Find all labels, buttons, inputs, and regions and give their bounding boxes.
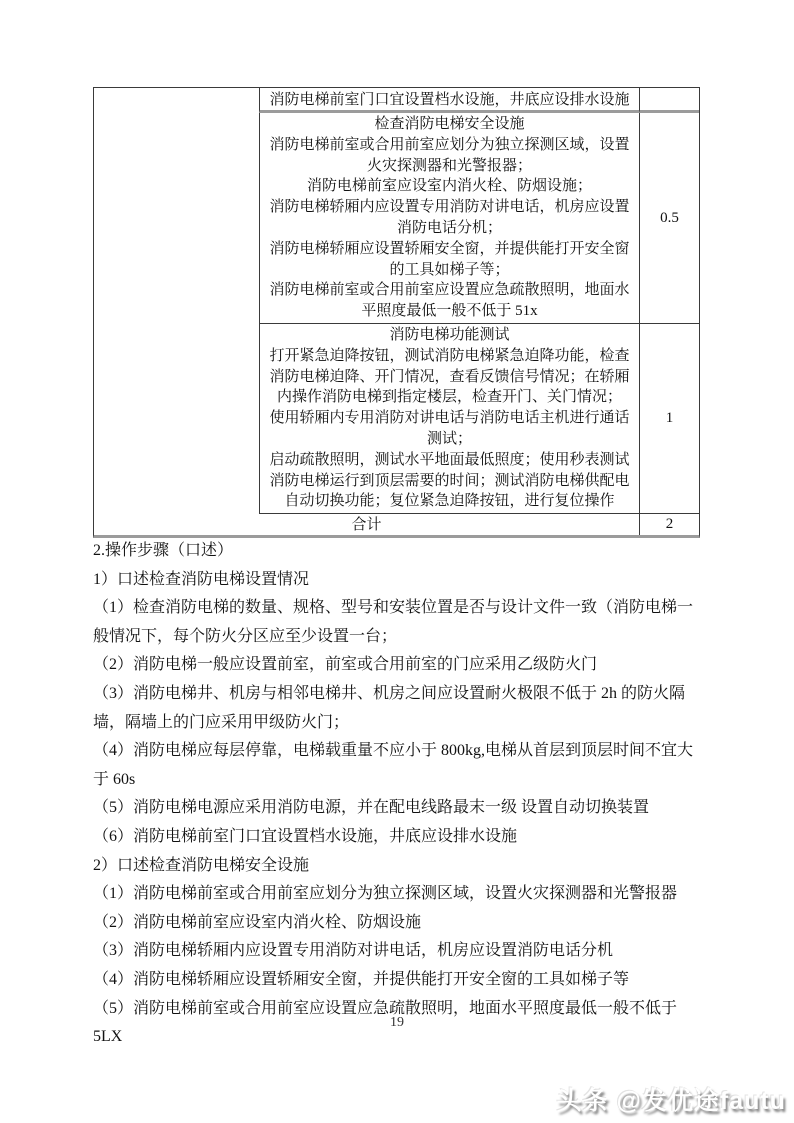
body-paragraph: 1）口述检查消防电梯设置情况 — [93, 566, 705, 595]
table-cell-safety-score: 0.5 — [639, 113, 699, 324]
body-paragraph: （3）消防电梯轿厢内应设置专用消防对讲电话，机房应设置消防电话分机 — [93, 937, 705, 966]
body-paragraph: （2）消防电梯一般应设置前室，前室或合用前室的门应采用乙级防火门 — [93, 651, 705, 680]
table-cell-drainage-score — [639, 88, 699, 113]
table-safety-item: 消防电梯前室或合用前室应设置应急疏散照明，地面水平照度最低一般不低于 51x — [266, 280, 633, 322]
body-paragraph: （5）消防电梯电源应采用消防电源，并在配电线路最末一级 设置自动切换装置 — [93, 794, 705, 823]
table-safety-item: 消防电梯轿厢应设置轿厢安全窗，并提供能打开安全窗的工具如梯子等； — [266, 239, 633, 281]
table-safety-item: 消防电梯前室应设室内消火栓、防烟设施； — [266, 176, 633, 197]
table-cell-total-score: 2 — [639, 514, 699, 535]
body-paragraph: （4）消防电梯应每层停靠，电梯载重量不应小于 800kg,电梯从首层到顶层时间不… — [93, 737, 705, 794]
body-paragraph: 2）口述检查消防电梯安全设施 — [93, 852, 705, 881]
table-safety-title: 检查消防电梯安全设施 — [266, 114, 633, 135]
table-function-item: 使用轿厢内专用消防对讲电话与消防电话主机进行通话测试； — [266, 408, 633, 450]
body-paragraph: （4）消防电梯轿厢应设置轿厢安全窗，并提供能打开安全窗的工具如梯子等 — [93, 966, 705, 995]
watermark-text: 头条 @发优途fautu — [557, 1081, 786, 1117]
page-number: 19 — [0, 1015, 794, 1031]
table-function-item: 启动疏散照明，测试水平地面最低照度；使用秒表测试消防电梯运行到顶层需要的时间；测… — [266, 450, 633, 512]
body-paragraph: 2.操作步骤（口述） — [93, 537, 705, 566]
body-paragraph: （6）消防电梯前室门口宜设置档水设施，井底应设排水设施 — [93, 823, 705, 852]
table-function-item: 打开紧急迫降按钮，测试消防电梯紧急迫降功能，检查消防电梯迫降、开门情况，查看反馈… — [266, 346, 633, 408]
document-page: 消防电梯前室门口宜设置档水设施，井底应设排水设施 检查消防电梯安全设施 消防电梯… — [0, 0, 794, 1123]
table-safety-item: 消防电梯轿厢内应设置专用消防对讲电话，机房应设置消防电话分机； — [266, 197, 633, 239]
body-paragraph: （3）消防电梯井、机房与相邻电梯井、机房之间应设置耐火极限不低于 2h 的防火隔… — [93, 680, 705, 737]
table-cell-drainage: 消防电梯前室门口宜设置档水设施，井底应设排水设施 — [259, 88, 639, 113]
table-cell-function: 消防电梯功能测试 打开紧急迫降按钮，测试消防电梯紧急迫降功能，检查消防电梯迫降、… — [259, 324, 639, 514]
table-safety-item: 消防电梯前室或合用前室应划分为独立探测区域，设置火灾探测器和光警报器； — [266, 135, 633, 177]
table-cell-category-empty — [94, 88, 259, 514]
body-paragraph: （1）消防电梯前室或合用前室应划分为独立探测区域，设置火灾探测器和光警报器 — [93, 880, 705, 909]
table-cell-safety: 检查消防电梯安全设施 消防电梯前室或合用前室应划分为独立探测区域，设置火灾探测器… — [259, 113, 639, 324]
procedure-text: 2.操作步骤（口述） 1）口述检查消防电梯设置情况 （1）检查消防电梯的数量、规… — [93, 537, 705, 1052]
scoring-table: 消防电梯前室门口宜设置档水设施，井底应设排水设施 检查消防电梯安全设施 消防电梯… — [93, 87, 700, 538]
table-cell-function-score: 1 — [639, 324, 699, 514]
table-cell-total-label: 合计 — [94, 514, 639, 535]
table-function-title: 消防电梯功能测试 — [266, 325, 633, 346]
body-paragraph: （2）消防电梯前室应设室内消火栓、防烟设施 — [93, 909, 705, 938]
body-paragraph: （1）检查消防电梯的数量、规格、型号和安装位置是否与设计文件一致（消防电梯一般情… — [93, 594, 705, 651]
